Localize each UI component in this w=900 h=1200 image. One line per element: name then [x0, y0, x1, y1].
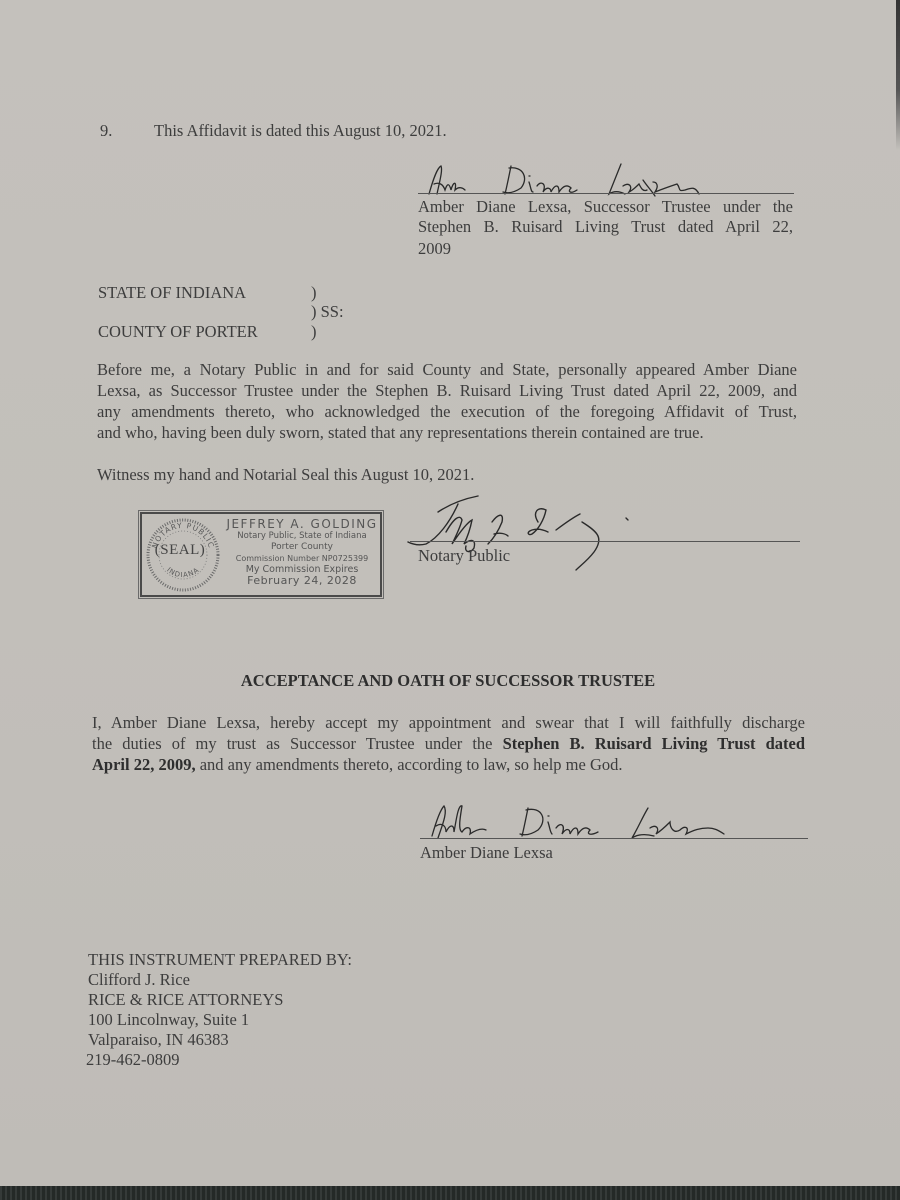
venue-paren-1: )	[311, 283, 317, 303]
notary-signature-line	[410, 541, 800, 542]
witness-statement: Witness my hand and Notarial Seal this A…	[97, 465, 474, 485]
trustee-name-caption: Amber Diane Lexsa	[420, 843, 553, 863]
signature-line-2	[420, 838, 808, 839]
trustee-signature-2	[428, 800, 738, 842]
oath-line-1: I, Amber Diane Lexsa, hereby accept my a…	[92, 713, 805, 733]
preparer-phone: 219-462-0809	[86, 1050, 180, 1070]
trustee-caption-line-2: Stephen B. Ruisard Living Trust dated Ap…	[418, 217, 793, 237]
notary-title: Notary Public, State of Indiana	[224, 531, 380, 542]
trustee-caption-line-3: 2009	[418, 239, 451, 259]
oath-line-2: the duties of my trust as Successor Trus…	[92, 734, 805, 754]
trustee-signature-1	[425, 160, 725, 200]
preparer-address-2: Valparaiso, IN 46383	[88, 1030, 229, 1050]
venue-state: STATE OF INDIANA	[98, 283, 246, 303]
notary-public-caption: Notary Public	[418, 546, 510, 566]
trust-date-bold: April 22, 2009,	[92, 755, 196, 774]
background-surface	[0, 1186, 900, 1200]
preparer-address-1: 100 Lincolnway, Suite 1	[88, 1010, 249, 1030]
notary-paragraph-line-2: Lexsa, as Successor Trustee under the St…	[97, 381, 797, 401]
prepared-by-heading: THIS INSTRUMENT PREPARED BY:	[88, 950, 352, 970]
notary-name: JEFFREY A. GOLDING	[224, 517, 380, 531]
notary-paragraph-line-1: Before me, a Notary Public in and for sa…	[97, 360, 797, 380]
signature-line-1	[418, 193, 794, 194]
venue-ss: ) SS:	[311, 302, 344, 322]
seal-ring-bottom: INDIANA	[165, 566, 201, 580]
preparer-firm: RICE & RICE ATTORNEYS	[88, 990, 283, 1010]
document-page: 9. This Affidavit is dated this August 1…	[0, 0, 900, 1186]
seal-word: (SEAL)	[152, 542, 208, 559]
notary-paragraph-line-3: any amendments thereto, who acknowledged…	[97, 402, 797, 422]
oath-heading: ACCEPTANCE AND OATH OF SUCCESSOR TRUSTEE	[0, 671, 896, 691]
venue-county: COUNTY OF PORTER	[98, 322, 258, 342]
oath-line-2-text: the duties of my trust as Successor Trus…	[92, 734, 503, 753]
oath-line-3: April 22, 2009, and any amendments there…	[92, 755, 622, 775]
notary-commission-number: Commission Number NP0725399	[224, 553, 380, 564]
oath-line-3-text: and any amendments thereto, according to…	[196, 755, 623, 774]
svg-text:INDIANA: INDIANA	[165, 566, 201, 580]
affidavit-date-text: This Affidavit is dated this August 10, …	[154, 121, 447, 141]
trust-name-bold: Stephen B. Ruisard Living Trust dated	[503, 734, 805, 753]
seal-text-block: JEFFREY A. GOLDING Notary Public, State …	[224, 517, 380, 587]
notary-county: Porter County	[224, 542, 380, 553]
venue-paren-2: )	[311, 322, 317, 342]
trustee-caption-line-1: Amber Diane Lexsa, Successor Trustee und…	[418, 197, 793, 217]
notary-seal-stamp: NOTARY PUBLIC INDIANA (SEAL) JEFFREY A. …	[140, 512, 382, 597]
item-number: 9.	[100, 121, 112, 141]
notary-expires-date: February 24, 2028	[224, 575, 380, 587]
notary-paragraph-line-4: and who, having been duly sworn, stated …	[97, 423, 704, 443]
page-edge-shadow	[896, 0, 900, 150]
preparer-name: Clifford J. Rice	[88, 970, 190, 990]
